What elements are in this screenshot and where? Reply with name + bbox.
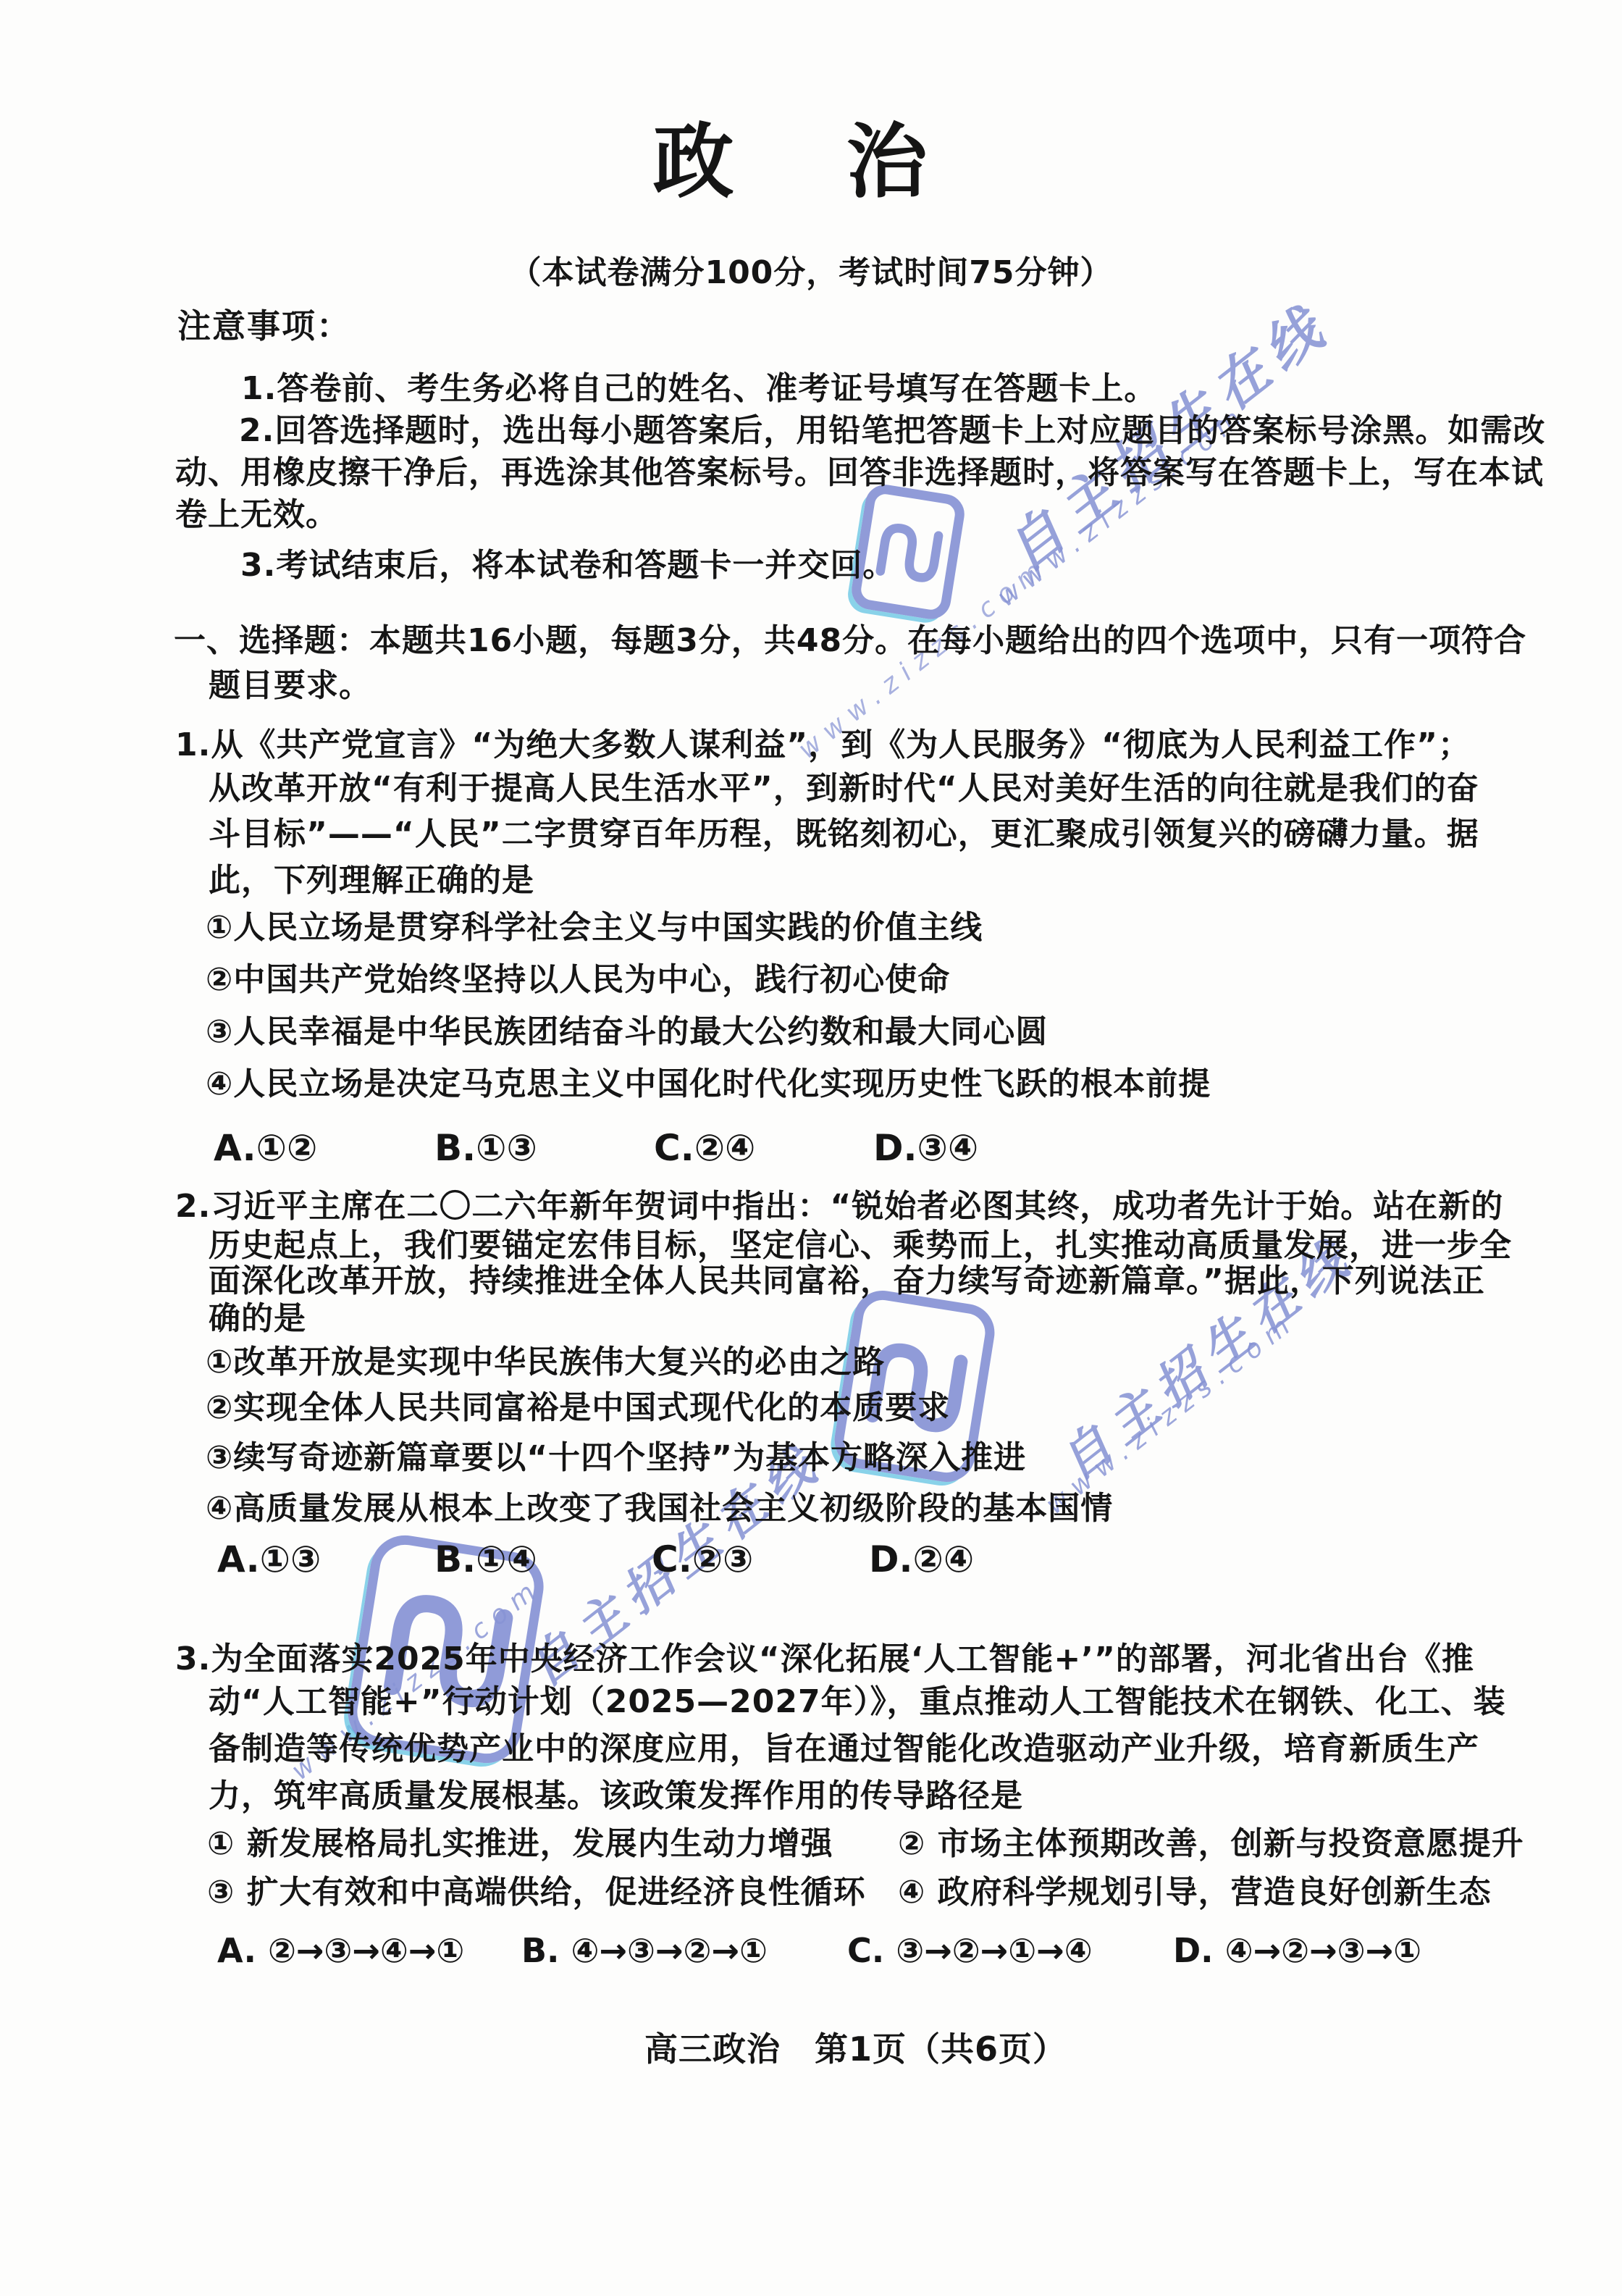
question-2-option-4: ④高质量发展从根本上改变了我国社会主义初级阶段的基本国情 bbox=[206, 1491, 1113, 1528]
question-1-option-3: ③人民幸福是中华民族团结奋斗的最大公约数和最大同心圆 bbox=[206, 1014, 1048, 1051]
exam-subtitle: （本试卷满分100分，考试时间75分钟） bbox=[0, 255, 1622, 292]
question-2-choice-a: A.①③ bbox=[217, 1538, 321, 1580]
question-1-option-1: ①人民立场是贯穿科学社会主义与中国实践的价值主线 bbox=[206, 910, 983, 947]
question-1-line-4: 此，下列理解正确的是 bbox=[209, 863, 534, 900]
question-2-line-4: 确的是 bbox=[209, 1301, 306, 1338]
question-1-choice-a: A.①② bbox=[214, 1127, 317, 1169]
notice-line-2c: 卷上无效。 bbox=[175, 497, 338, 534]
question-1-option-4: ④人民立场是决定马克思主义中国化时代化实现历史性飞跃的根本前提 bbox=[206, 1066, 1211, 1103]
question-3-line-1: 3.为全面落实2025年中央经济工作会议“深化拓展‘人工智能+’”的部署，河北省… bbox=[175, 1641, 1474, 1678]
question-3-option-4: ④ 政府科学规划引导，营造良好创新生态 bbox=[898, 1874, 1492, 1911]
question-3-choice-b: B. ④→③→②→① bbox=[521, 1931, 768, 1970]
question-1-line-2: 从改革开放“有利于提高人民生活水平”，到新时代“人民对美好生活的向往就是我们的奋 bbox=[209, 771, 1479, 808]
notice-line-1: 1.答卷前、考生务必将自己的姓名、准考证号填写在答题卡上。 bbox=[241, 371, 1156, 408]
exam-title: 政 治 bbox=[0, 116, 1622, 209]
question-3-line-2: 动“人工智能+”行动计划（2025—2027年）》，重点推动人工智能技术在钢铁、… bbox=[209, 1684, 1506, 1721]
exam-paper-page: 自主招生在线 www.zizzs.com www.zizzs.com 自主招生在… bbox=[0, 0, 1622, 2296]
watermark-url-text: www.zizzs.com bbox=[1041, 1307, 1303, 1520]
notice-line-3: 3.考试结束后，将本试卷和答题卡一并交回。 bbox=[240, 548, 895, 585]
question-3-choice-d: D. ④→②→③→① bbox=[1173, 1931, 1421, 1970]
question-1-option-2: ②中国共产党始终坚持以人民为中心，践行初心使命 bbox=[206, 962, 950, 999]
question-2-choice-c: C.②③ bbox=[652, 1538, 753, 1580]
section-heading-line-2: 题目要求。 bbox=[209, 668, 371, 705]
notice-line-2b: 动、用橡皮擦干净后，再选涂其他答案标号。回答非选择题时，将答案写在答题卡上，写在… bbox=[175, 455, 1544, 492]
question-2-choice-b: B.①④ bbox=[434, 1538, 537, 1580]
question-3-option-3: ③ 扩大有效和中高端供给，促进经济良性循环 bbox=[207, 1874, 866, 1911]
question-3-line-3: 备制造等传统优势产业中的深度应用，旨在通过智能化改造驱动产业升级，培育新质生产 bbox=[209, 1731, 1479, 1768]
question-2-line-3: 面深化改革开放，持续推进全体人民共同富裕，奋力续写奇迹新篇章。”据此，下列说法正 bbox=[209, 1263, 1485, 1300]
question-1-choice-b: B.①③ bbox=[434, 1127, 537, 1169]
page-footer: 高三政治 第1页（共6页） bbox=[644, 2030, 1067, 2069]
notice-heading: 注意事项： bbox=[177, 307, 351, 345]
question-3-choice-a: A. ②→③→④→① bbox=[217, 1931, 464, 1970]
question-1-line-3: 斗目标”——“人民”二字贯穿百年历程，既铭刻初心，更汇聚成引领复兴的磅礴力量。据 bbox=[209, 816, 1479, 853]
question-3-option-1: ① 新发展格局扎实推进，发展内生动力增强 bbox=[207, 1826, 833, 1863]
question-2-option-1: ①改革开放是实现中华民族伟大复兴的必由之路 bbox=[206, 1344, 885, 1381]
question-2-line-1: 2.习近平主席在二〇二六年新年贺词中指出：“锐始者必图其终，成功者先计于始。站在… bbox=[175, 1189, 1503, 1225]
question-3-line-4: 力，筑牢高质量发展根基。该政策发挥作用的传导路径是 bbox=[209, 1778, 1023, 1815]
notice-line-2a: 2.回答选择题时，选出每小题答案后，用铅笔把答题卡上对应题目的答案标号涂黑。如需… bbox=[239, 413, 1545, 450]
question-1-choice-c: C.②④ bbox=[654, 1127, 755, 1169]
question-2-option-3: ③续写奇迹新篇章要以“十四个坚持”为基本方略深入推进 bbox=[206, 1440, 1026, 1477]
question-1-line-1: 1.从《共产党宣言》“为绝大多数人谋利益”，到《为人民服务》“彻底为人民利益工作… bbox=[175, 727, 1471, 764]
question-2-option-2: ②实现全体人民共同富裕是中国式现代化的本质要求 bbox=[206, 1390, 950, 1427]
question-1-choice-d: D.③④ bbox=[873, 1127, 978, 1169]
question-3-choice-c: C. ③→②→①→④ bbox=[847, 1931, 1093, 1970]
question-3-option-2: ② 市场主体预期改善，创新与投资意愿提升 bbox=[898, 1826, 1524, 1863]
question-2-line-2: 历史起点上，我们要锚定宏伟目标，坚定信心、乘势而上，扎实推动高质量发展，进一步全 bbox=[209, 1228, 1512, 1265]
question-2-choice-d: D.②④ bbox=[869, 1538, 974, 1580]
section-heading-line-1: 一、选择题：本题共16小题，每题3分，共48分。在每小题给出的四个选项中，只有一… bbox=[174, 623, 1526, 660]
